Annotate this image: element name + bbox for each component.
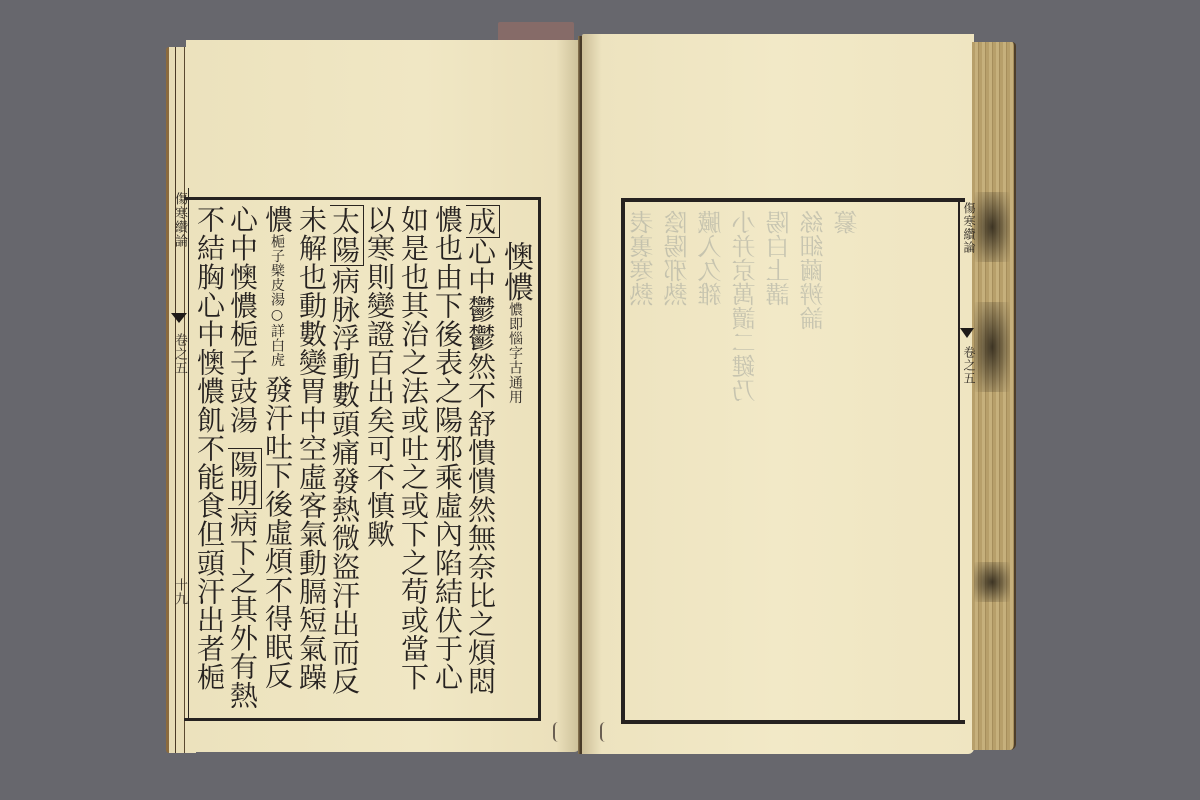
banxin-title: 傷寒纘論 <box>961 202 977 254</box>
source-marker: 成 <box>466 205 500 238</box>
text-column: 成心中鬱鬱然不舒憒憒然無奈比之煩悶而甚者懊 <box>466 205 500 710</box>
section-heading: 懊憹 <box>500 241 533 302</box>
right-page-fore-edge <box>972 42 1016 750</box>
text-column: 心中懊憹梔子豉湯陽明病下之其外有熱手足溫 <box>228 205 262 710</box>
binding-thread-mark <box>553 722 563 742</box>
text-column: 憹也由下後表之陽邪乘虛內陷結伏于心胸之間故 <box>432 205 466 710</box>
banxin-juan: 卷之五 <box>961 346 977 385</box>
show-through-text: 纂 絲細繭辨論 陽白上講 小并京萬讀二鍵乃 臟入久雜 陰陽邪熱 表裏寒熱 <box>630 210 862 710</box>
text-column: 懊憹憹即惱字古通用 <box>500 205 534 746</box>
text-column: 如是也其治之法或吐之或下之苟或當下反吐療熱 <box>398 205 432 710</box>
text-column: 太陽病脉浮動數頭痛發熱微盜汗出而反惡寒者表 <box>330 205 364 710</box>
fore-edge-ink-mark <box>974 192 1010 262</box>
chapter-marker: 陽明 <box>228 448 262 509</box>
fishtail-mark-icon <box>960 328 974 338</box>
text-column: 憹梔子檗皮湯○詳白虎發汗吐下後虛煩不得眠反覆顛倒 <box>262 205 296 710</box>
chapter-marker: 太陽 <box>330 205 364 266</box>
text-column: 未解也動數變胃中空虛客氣動膈短氣躁煩心中懊 <box>296 205 330 710</box>
interlinear-note: 梔子檗皮湯 <box>268 234 285 307</box>
fore-edge-ink-mark <box>974 562 1010 602</box>
binding-thread-mark <box>600 722 610 742</box>
text-column: 以寒則變證百出矣可不慎歟 <box>364 205 398 710</box>
fore-edge-ink-mark <box>974 302 1010 392</box>
interlinear-note: ○詳白虎 <box>268 307 285 367</box>
text-column: 不結胸心中懊憹飢不能食但頭汗出者梔子豉湯 <box>194 205 228 710</box>
open-book: 傷寒纘論 卷之五 十九 懊憹憹即惱字古通用 成心中鬱鬱然不舒憒憒然無奈比之煩悶而… <box>0 0 1200 800</box>
right-banxin: 傷寒纘論 卷之五 <box>958 198 976 720</box>
left-text-columns: 懊憹憹即惱字古通用 成心中鬱鬱然不舒憒憒然無奈比之煩悶而甚者懊 憹也由下後表之陽… <box>194 205 534 710</box>
heading-note: 憹即惱字古通用 <box>506 302 523 404</box>
